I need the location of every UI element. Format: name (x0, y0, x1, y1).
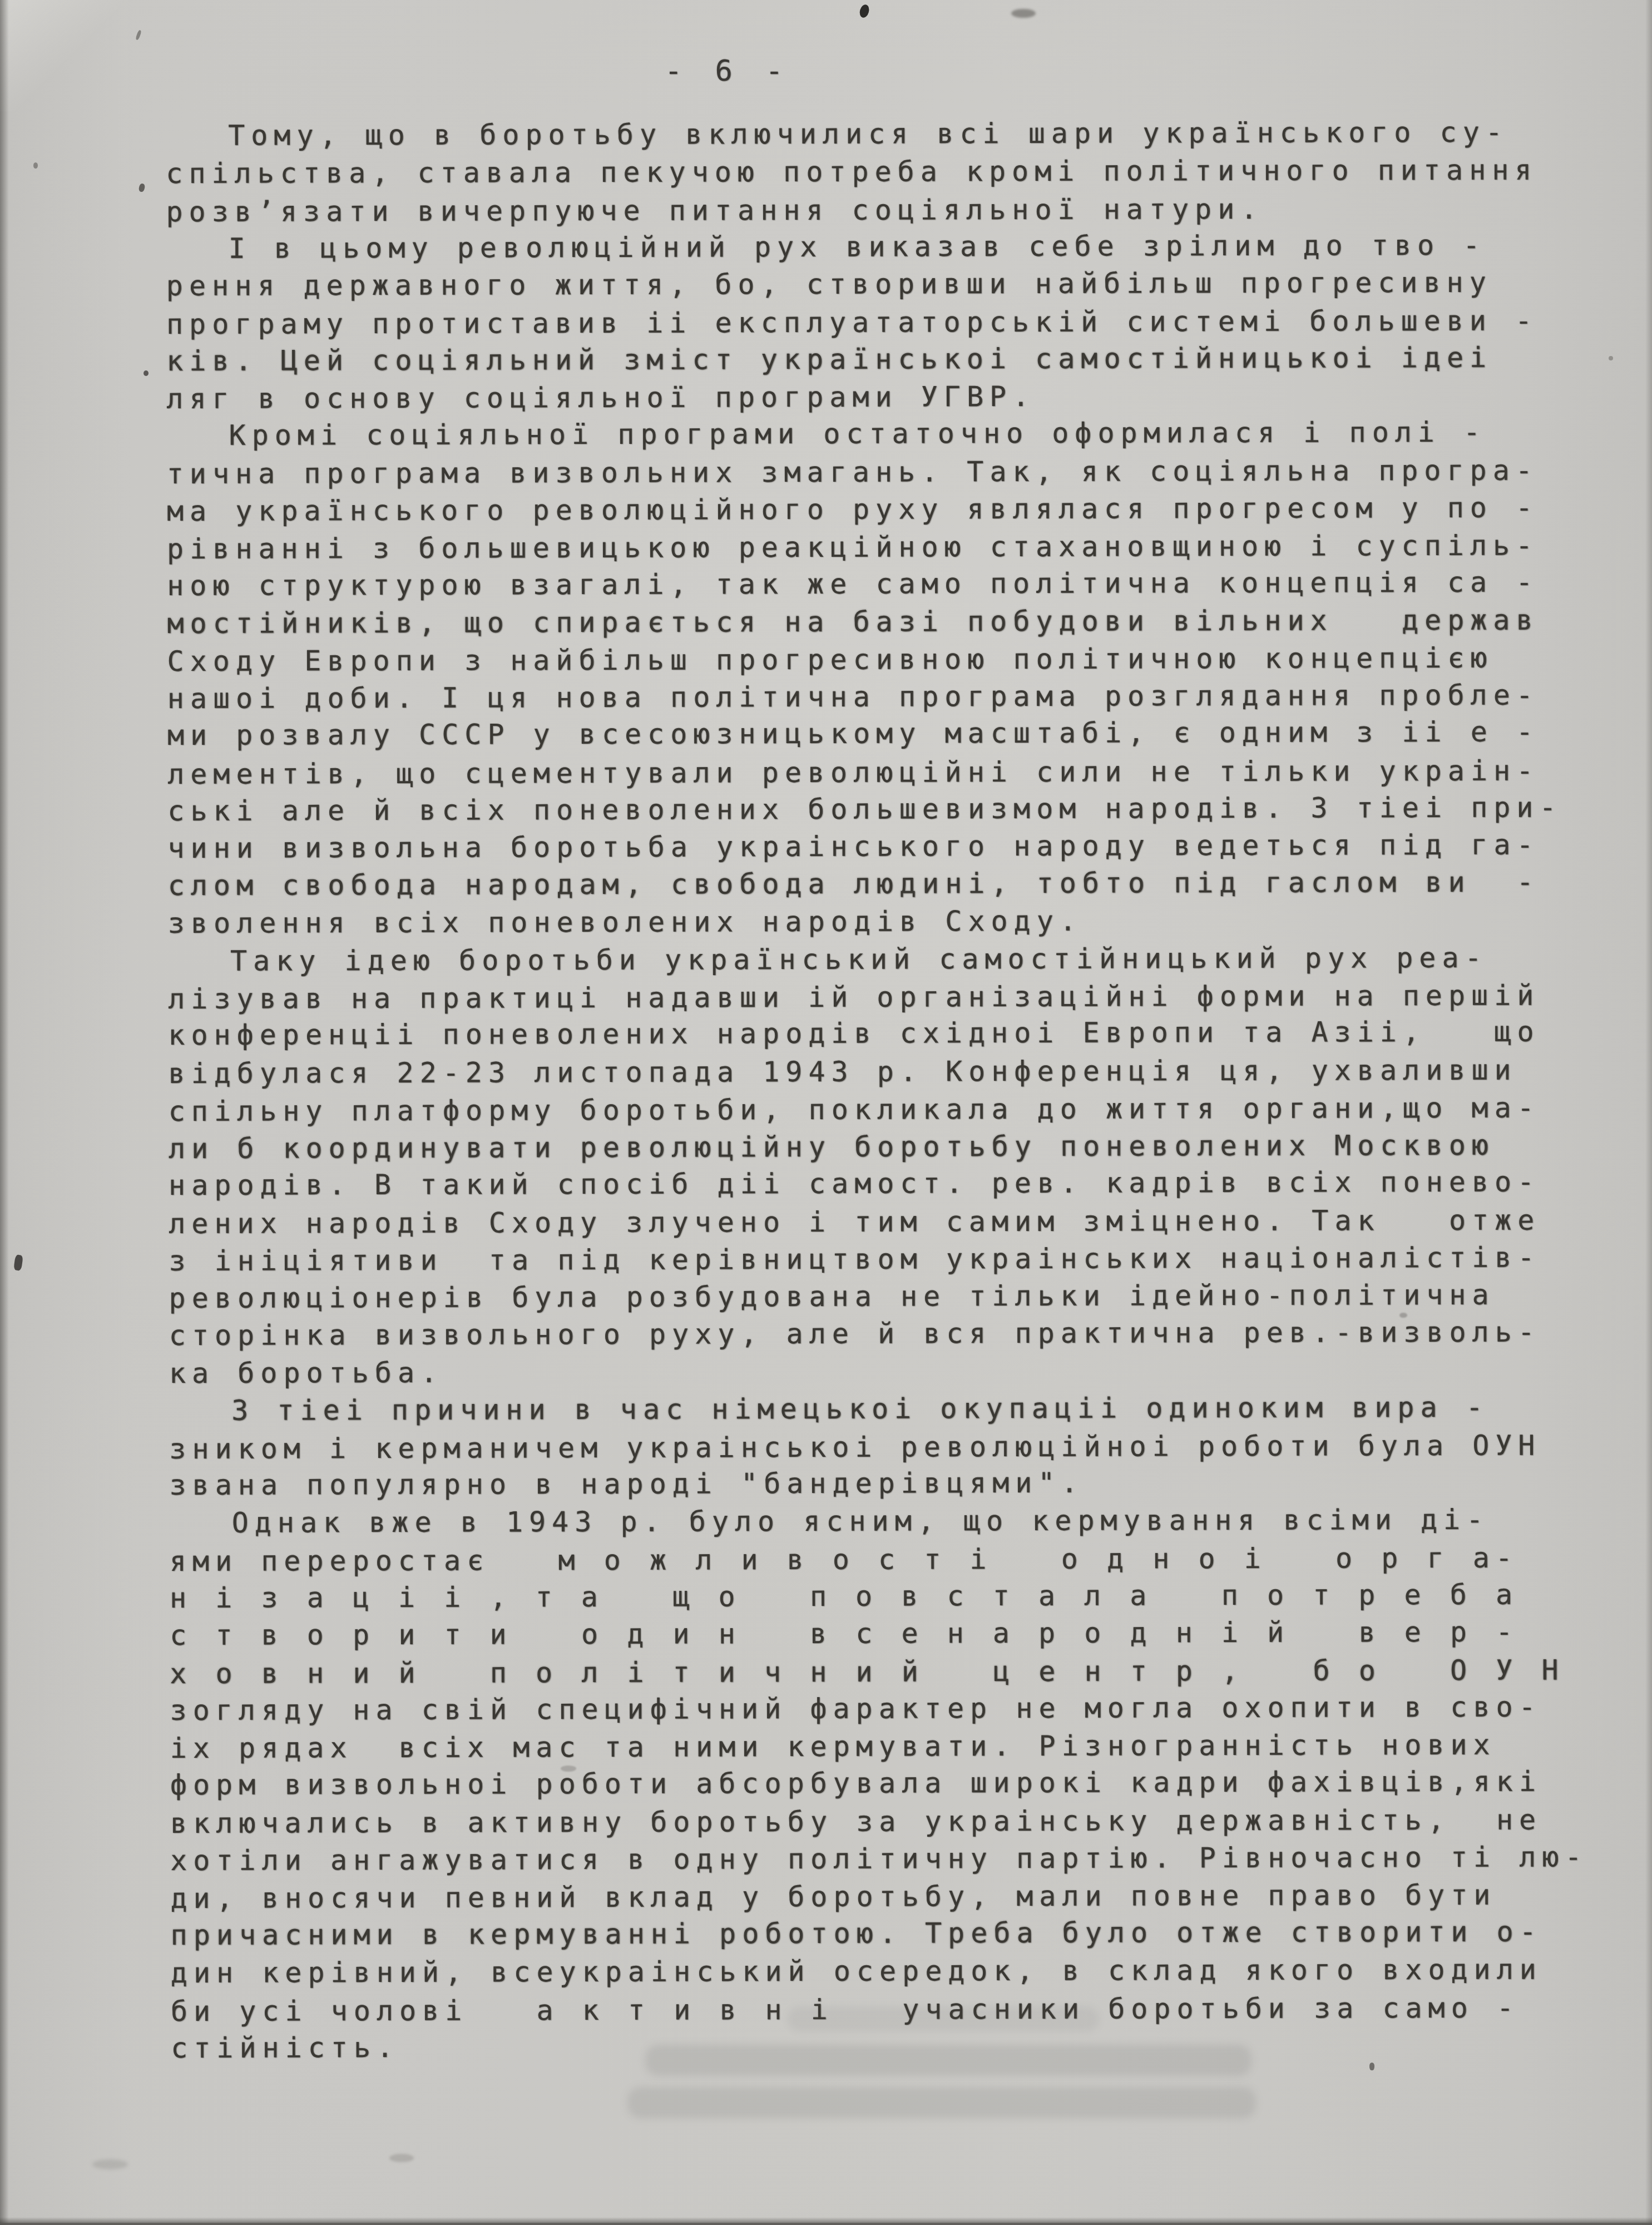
text-line: форм визвольноі роботи абсорбувала широк… (170, 1763, 1623, 1804)
text-line: З тіеі причини в час німецькоі окупаціі … (169, 1388, 1622, 1430)
page-edge-right (1645, 0, 1652, 2225)
text-line: мостійників, що спирається на базі побуд… (167, 601, 1620, 642)
text-line: ляг в основу соціяльної програми УГВР. (166, 377, 1619, 418)
scanned-page: - 6 - Тому, що в боротьбу включилися всі… (0, 0, 1652, 2225)
ink-speck (135, 30, 142, 41)
document-text: Тому, що в боротьбу включилися всі шари … (166, 114, 1624, 2067)
ink-speck (33, 162, 38, 169)
text-line: н і з а ц і і , т а щ о п о в с т а л а … (170, 1576, 1623, 1617)
ink-speck (13, 1254, 23, 1271)
paper-smudge (561, 1766, 576, 1772)
ink-speck (1369, 2063, 1374, 2070)
text-line: х о в н и й п о л і т и ч н и й ц е н т … (170, 1652, 1623, 1693)
text-line: ка боротьба. (169, 1351, 1622, 1392)
paper-smudge (92, 2159, 128, 2169)
ink-smudge (1011, 9, 1036, 18)
page-corner-fold (0, 0, 122, 111)
text-line: конференціі поневолених народів східноі … (168, 1013, 1621, 1055)
text-line: Тому, що в боротьбу включилися всі шари … (166, 113, 1619, 155)
text-line: слом свобода народам, свобода людині, то… (168, 863, 1621, 904)
text-line: розв’язати вичерпуюче питання соціяльної… (166, 190, 1619, 231)
bleedthrough-ghost-line (788, 2007, 1099, 2031)
paper-smudge (389, 2154, 414, 2162)
text-line: зником і керманичем украінськоі революці… (169, 1427, 1622, 1468)
text-line: ми розвалу СССР у всесоюзницькому масшта… (167, 713, 1620, 754)
ink-blot (858, 3, 870, 18)
page-edge-bottom-line (0, 2223, 1652, 2225)
text-line: лізував на практиці надавши ій організац… (168, 977, 1621, 1018)
text-line: чини визвольна боротьба украінського нар… (167, 827, 1620, 868)
text-line: включались в активну боротьбу за украінс… (170, 1801, 1623, 1842)
text-line: лених народів Сходу злучено і тим самим … (169, 1201, 1621, 1243)
text-line: с т в о р и т и о д и н в с е н а р о д … (170, 1613, 1623, 1654)
text-line: тична програма визвольних змагань. Так, … (167, 452, 1620, 493)
text-line: ків. Цей соціяльний зміст українськоі са… (166, 339, 1619, 380)
text-line: Сходу Европи з найбільш прогресивною пол… (167, 640, 1620, 681)
text-line: програму протиставив іі експлуататорські… (166, 302, 1619, 343)
text-line: сторінка визвольного руху, але й вся пра… (169, 1313, 1622, 1354)
bleedthrough-ghost-line (645, 2045, 1252, 2076)
text-line: причасними в кермуванні роботою. Треба б… (170, 1913, 1623, 1954)
text-line: рівнанні з большевицькою реакційною стах… (167, 527, 1620, 568)
text-line: революціонерів була розбудована не тільк… (169, 1276, 1621, 1317)
text-line: нашоі доби. І ця нова політична програма… (167, 676, 1620, 718)
page-edge-left (0, 0, 9, 2225)
ink-speck (1609, 356, 1613, 360)
text-line: Кромі соціяльної програми остаточно офор… (166, 413, 1619, 454)
text-line: зволення всіх поневолених народів Сходу. (168, 901, 1621, 942)
text-line: ма українського революційного руху являл… (167, 489, 1620, 530)
text-line: І в цьому революційний рух виказав себе … (166, 226, 1619, 268)
text-line: ли б координувати революційну боротьбу п… (169, 1126, 1621, 1168)
ink-speck (139, 183, 146, 192)
text-line: рення державного життя, бо, створивши на… (166, 264, 1619, 305)
text-line: відбулася 22-23 листопада 1943 р. Конфер… (168, 1051, 1621, 1092)
ink-speck (144, 370, 149, 376)
text-line: Однак вже в 1943 р. було ясним, що керму… (170, 1501, 1623, 1542)
text-line: спільства, ставала пекучою потреба кромі… (166, 152, 1619, 193)
text-line: ями переростає м о ж л и в о с т і о д н… (170, 1539, 1623, 1580)
text-line: ною структурою взагалі, так же само полі… (167, 563, 1620, 605)
page-number: - 6 - (665, 55, 791, 88)
text-line: ди, вносячи певний вклад у боротьбу, мал… (170, 1877, 1623, 1918)
text-line: Таку ідею боротьби український самостійн… (168, 939, 1621, 980)
bleedthrough-ghost-line (627, 2087, 1256, 2118)
text-line: зогляду на свій специфічний фарактер не … (170, 1689, 1623, 1730)
text-line: лементів, що сцементували революційні си… (167, 752, 1620, 793)
text-line: спільну платформу боротьби, покликала до… (169, 1089, 1621, 1130)
text-line: хотіли ангажуватися в одну політичну пар… (170, 1838, 1623, 1880)
text-line: звана популярно в народі "бандерівцями". (169, 1463, 1622, 1504)
text-line: з ініціятиви та під керівництвом украінс… (169, 1239, 1621, 1280)
text-line: дин керівний, всеукраінський осередок, в… (171, 1951, 1624, 1992)
text-line: народів. В такий спосіб діі самост. рев.… (169, 1163, 1621, 1204)
text-line: іх рядах всіх мас та ними кермувати. Різ… (170, 1726, 1623, 1767)
text-line: ські але й всіх поневолених большевизмом… (167, 789, 1620, 830)
paper-smudge (1399, 1313, 1407, 1318)
